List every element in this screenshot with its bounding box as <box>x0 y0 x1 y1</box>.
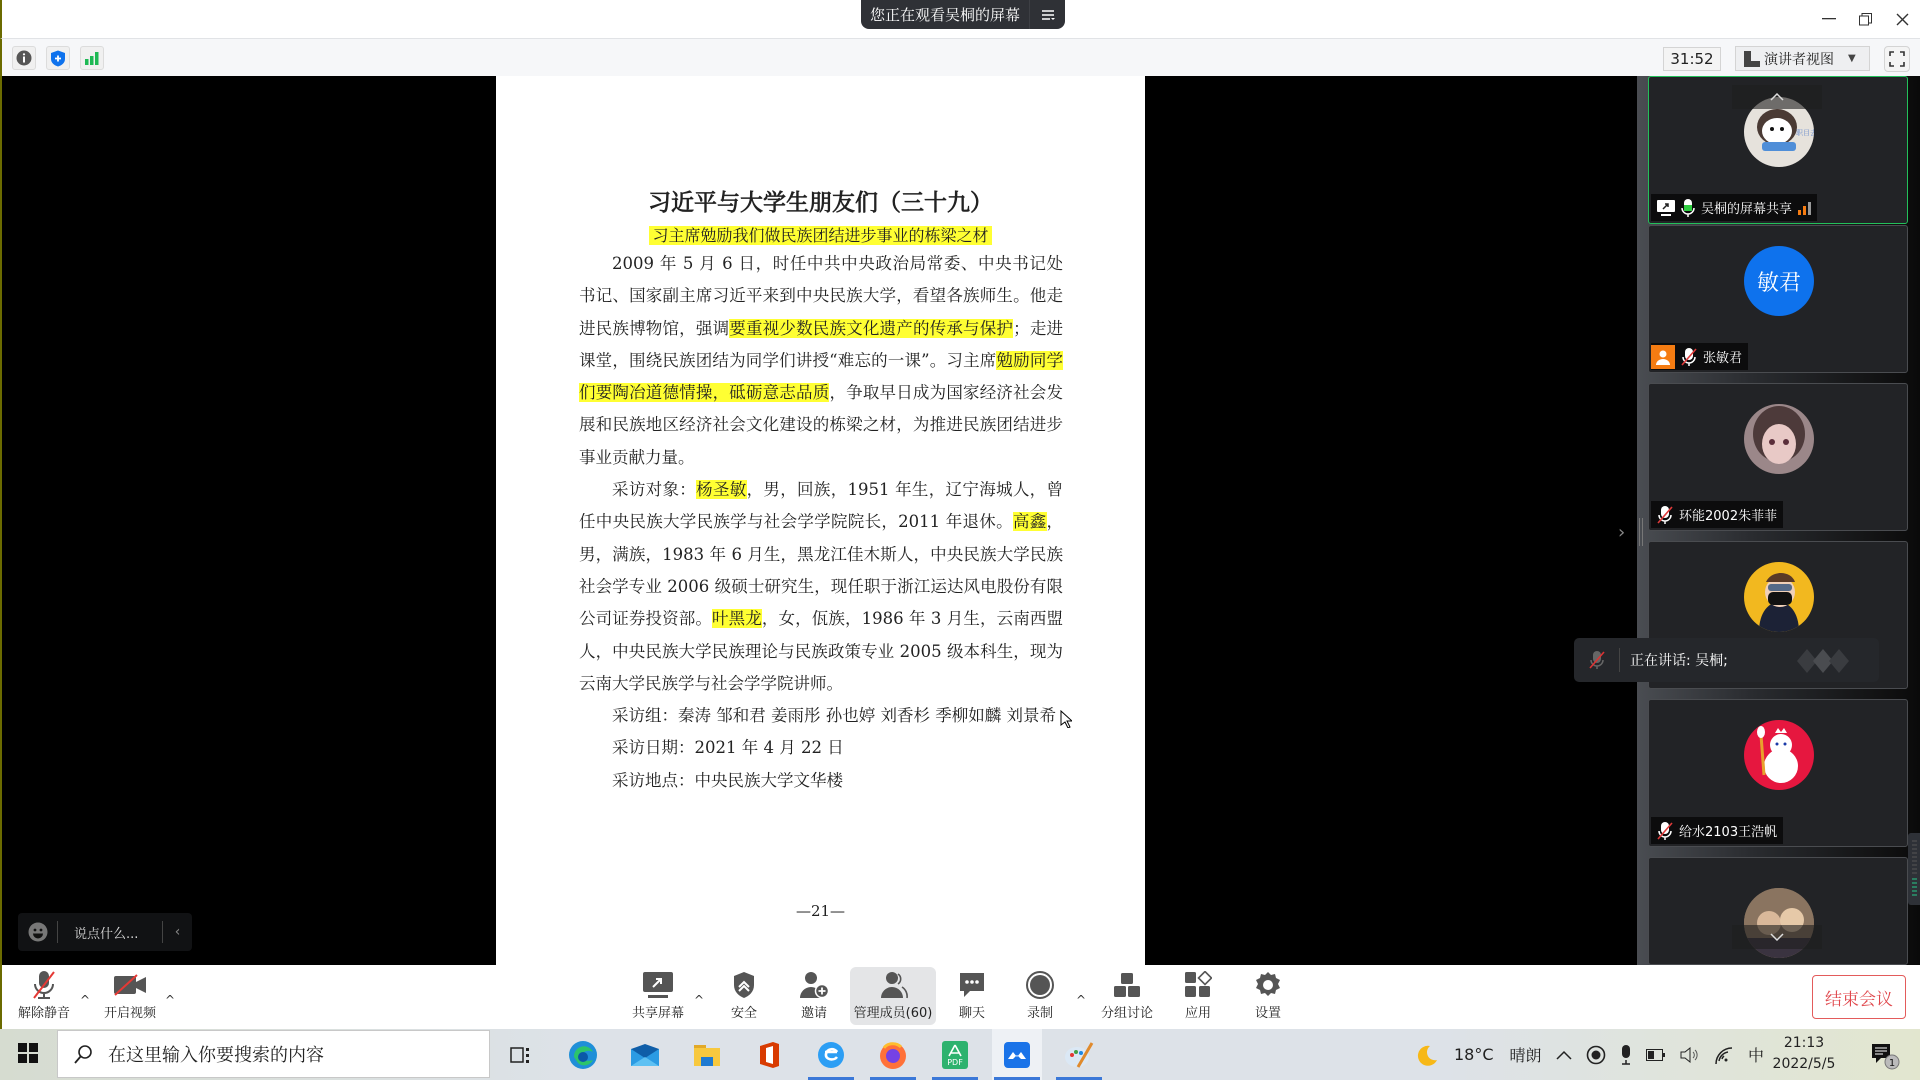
breakout-label: 分组讨论 <box>1101 1002 1153 1021</box>
windows-taskbar: 在这里输入你要搜索的内容 PDF <box>0 1029 1920 1080</box>
clock-time: 21:13 <box>1766 1033 1842 1054</box>
speaking-text: 正在讲话: 吴桐; <box>1620 650 1793 670</box>
highlight-span: 要重视少数民族文化遗产的传承与保护 <box>729 319 1013 338</box>
avatar-masked-boy <box>1744 562 1814 632</box>
participant-tile[interactable] <box>1648 857 1908 965</box>
manage-participants-button[interactable]: 管理成员(60) <box>850 967 936 1025</box>
emoji-icon[interactable] <box>18 921 58 943</box>
clock-date: 2022/5/5 <box>1766 1054 1842 1075</box>
participant-name: 环能2002朱菲菲 <box>1679 505 1777 524</box>
mic-muted-icon <box>1574 648 1620 672</box>
system-clock[interactable]: 21:13 2022/5/5 <box>1766 1033 1842 1075</box>
paragraph-interviewees: 采访对象：杨圣敏，男，回族，1951 年生，辽宁海城人，曾任中央民族大学民族学与… <box>579 474 1063 700</box>
share-banner[interactable]: 您正在观看吴桐的屏幕 <box>861 0 1065 29</box>
paragraph-intro: 2009 年 5 月 6 日，时任中共中央政治局常委、中央书记处书记、国家副主席… <box>579 248 1063 474</box>
document-title: 习近平与大学生朋友们（三十九） <box>496 184 1145 217</box>
avatar-snowman <box>1744 720 1814 790</box>
ime-indicator[interactable]: 中 <box>1748 1043 1764 1066</box>
mouse-cursor-icon <box>1060 710 1072 732</box>
participant-tile[interactable]: 敏君 张敏君 <box>1648 225 1908 373</box>
chevron-down-icon: ▼ <box>1848 53 1856 64</box>
weather-temp[interactable]: 18°C <box>1454 1045 1494 1064</box>
close-button[interactable] <box>1887 6 1917 32</box>
settings-label: 设置 <box>1255 1002 1281 1021</box>
share-banner-text: 您正在观看吴桐的屏幕 <box>861 4 1029 25</box>
record-button[interactable]: 录制 <box>1016 967 1064 1025</box>
share-screen-label: 共享屏幕 <box>632 1002 684 1021</box>
participant-namebar: 张敏君 <box>1651 343 1748 370</box>
chat-placeholder[interactable]: 说点什么... <box>58 923 162 942</box>
collapse-panel-icon[interactable]: › <box>1618 522 1625 543</box>
svg-text:职目去: 职目去 <box>1796 128 1814 137</box>
screen-share-icon <box>1657 199 1675 217</box>
participant-tile[interactable]: 给水2103王浩帆 <box>1648 699 1908 847</box>
highlight-span: 叶黑龙 <box>712 609 762 628</box>
browser-e-icon[interactable] <box>806 1029 856 1080</box>
info-icon[interactable] <box>12 46 36 70</box>
highlighted-subtitle: 习主席勉励我们做民族团结进步事业的栋梁之材 <box>649 226 991 245</box>
notification-center-button[interactable]: 1 <box>1868 1029 1902 1080</box>
participant-namebar: 环能2002朱菲菲 <box>1651 501 1783 528</box>
volume-icon[interactable] <box>1680 1047 1700 1063</box>
host-badge-icon <box>1651 345 1675 369</box>
end-meeting-button[interactable]: 结束会议 <box>1812 975 1906 1019</box>
chat-button[interactable]: 聊天 <box>948 967 996 1025</box>
unmute-button[interactable]: 解除静音 <box>14 967 74 1025</box>
record-icon <box>1026 970 1054 1000</box>
participant-name: 吴桐的屏幕共享 <box>1701 198 1792 217</box>
video-off-icon <box>113 970 147 1000</box>
pdf-reader-icon[interactable]: PDF <box>930 1029 980 1080</box>
mail-icon[interactable] <box>620 1029 670 1080</box>
document-page: 习近平与大学生朋友们（三十九） 习主席勉励我们做民族团结进步事业的栋梁之材 20… <box>496 76 1145 965</box>
minimize-button[interactable] <box>1814 6 1844 32</box>
invite-user-icon <box>799 970 829 1000</box>
svg-text:1: 1 <box>1889 1058 1895 1069</box>
invite-label: 邀请 <box>801 1002 827 1021</box>
document-subtitle: 习主席勉励我们做民族团结进步事业的栋梁之材 <box>496 223 1145 246</box>
paint-icon[interactable] <box>1054 1029 1104 1080</box>
participant-namebar: 吴桐的屏幕共享 <box>1651 194 1817 221</box>
edge-browser-icon[interactable] <box>558 1029 608 1080</box>
participants-icon <box>878 970 908 1000</box>
breakout-rooms-button[interactable]: 分组讨论 <box>1096 967 1158 1025</box>
scroll-up-button[interactable] <box>1732 85 1822 109</box>
avatar-initials: 敏君 <box>1744 246 1814 316</box>
mic-muted-icon <box>32 970 56 1000</box>
mic-muted-icon <box>1657 506 1673 524</box>
weather-condition[interactable]: 晴朗 <box>1510 1043 1542 1066</box>
avatar-anime-girl <box>1744 404 1814 474</box>
record-label: 录制 <box>1027 1002 1053 1021</box>
share-screen-icon <box>642 970 674 1000</box>
mic-active-icon <box>1681 199 1695 217</box>
share-screen-button[interactable]: 共享屏幕 <box>628 967 688 1025</box>
mic-muted-icon <box>1657 822 1673 840</box>
document-body: 2009 年 5 月 6 日，时任中共中央政治局常委、中央书记处书记、国家副主席… <box>579 248 1063 797</box>
highlight-span: 杨圣敏 <box>696 480 746 499</box>
paragraph-date: 采访日期：2021 年 4 月 22 日 <box>579 732 1063 764</box>
panel-resize-handle[interactable] <box>1639 518 1643 546</box>
security-button[interactable]: 安全 <box>720 967 768 1025</box>
participant-name: 张敏君 <box>1703 347 1742 366</box>
highlight-span: 高鑫 <box>1013 512 1047 531</box>
signal-strength-icon <box>1798 201 1811 215</box>
audio-options-caret[interactable]: ^ <box>80 993 90 1007</box>
mic-muted-icon <box>1681 348 1697 366</box>
show-hidden-icons-chevron[interactable] <box>1556 1050 1572 1060</box>
security-shield-icon <box>732 970 756 1000</box>
chat-bubble-icon <box>958 970 986 1000</box>
breakout-rooms-icon <box>1113 970 1141 1000</box>
participant-tile[interactable]: 职目去 吴桐的屏幕共享 <box>1648 76 1908 224</box>
layout-icon <box>1744 51 1760 67</box>
chat-label: 聊天 <box>959 1002 985 1021</box>
shared-screen-stage: 习近平与大学生朋友们（三十九） 习主席勉励我们做民族团结进步事业的栋梁之材 20… <box>0 76 1637 965</box>
restore-button[interactable] <box>1850 6 1880 32</box>
invite-button[interactable]: 邀请 <box>790 967 838 1025</box>
svg-text:PDF: PDF <box>947 1058 963 1067</box>
apps-button[interactable]: 应用 <box>1174 967 1222 1025</box>
search-icon <box>58 1044 108 1064</box>
title-bar: 您正在观看吴桐的屏幕 <box>0 0 1920 38</box>
menu-icon[interactable] <box>1029 0 1065 29</box>
scroll-down-button[interactable] <box>1732 925 1822 949</box>
page-number: —21— <box>496 902 1145 920</box>
meeting-controls-bar: 解除静音 ^ 开启视频 ^ 共享屏幕 ^ 安全 邀请 <box>0 965 1920 1029</box>
file-explorer-icon[interactable] <box>682 1029 732 1080</box>
tencent-meeting-window: 您正在观看吴桐的屏幕 31:52 演讲者视图 ▼ <box>0 0 1920 1080</box>
tencent-meeting-logo-icon <box>1793 643 1863 677</box>
windows-start-button[interactable] <box>18 1043 38 1067</box>
start-video-button[interactable]: 开启视频 <box>100 967 160 1025</box>
taskbar-search-box[interactable]: 在这里输入你要搜索的内容 <box>57 1030 490 1078</box>
microphone-tray-icon[interactable] <box>1620 1045 1632 1065</box>
tencent-meeting-taskbar-icon[interactable] <box>992 1029 1042 1080</box>
signal-icon[interactable] <box>80 46 104 70</box>
wifi-icon[interactable] <box>1714 1046 1734 1064</box>
view-mode-label: 演讲者视图 <box>1764 49 1834 69</box>
view-mode-dropdown[interactable]: 演讲者视图 ▼ <box>1735 46 1870 71</box>
participant-tile[interactable]: 环能2002朱菲菲 <box>1648 383 1908 531</box>
panel-scrollbar[interactable] <box>1908 833 1920 905</box>
chat-quick-input[interactable]: 说点什么... ‹ <box>18 913 192 951</box>
text-span: 采访对象： <box>612 480 696 499</box>
active-speaker-indicator: 正在讲话: 吴桐; <box>1574 638 1879 682</box>
meeting-timer: 31:52 <box>1663 47 1721 71</box>
weather-moon-icon <box>1416 1044 1438 1066</box>
task-view-icon[interactable] <box>495 1029 545 1080</box>
video-options-caret[interactable]: ^ <box>165 993 175 1007</box>
apps-grid-icon <box>1184 970 1212 1000</box>
fullscreen-button[interactable] <box>1884 46 1910 72</box>
gear-icon <box>1254 970 1282 1000</box>
meeting-info-bar: 31:52 演讲者视图 ▼ <box>0 38 1920 76</box>
apps-label: 应用 <box>1185 1002 1211 1021</box>
system-tray: 18°C 晴朗 <box>1416 1029 1542 1080</box>
tray-icons: 中 <box>1556 1029 1764 1080</box>
participant-name: 给水2103王浩帆 <box>1679 821 1777 840</box>
unmute-label: 解除静音 <box>18 1002 70 1021</box>
start-video-label: 开启视频 <box>104 1002 156 1021</box>
collapse-chat-button[interactable]: ‹ <box>162 921 192 943</box>
record-tray-icon[interactable] <box>1586 1045 1606 1065</box>
shield-icon[interactable] <box>46 46 70 70</box>
participant-namebar: 给水2103王浩帆 <box>1651 817 1783 844</box>
participants-label: 管理成员(60) <box>854 1002 933 1021</box>
firefox-icon[interactable] <box>868 1029 918 1080</box>
paragraph-location: 采访地点：中央民族大学文华楼 <box>579 765 1063 797</box>
record-options-caret[interactable]: ^ <box>1076 993 1086 1007</box>
battery-icon[interactable] <box>1646 1049 1666 1061</box>
notification-icon: 1 <box>1868 1038 1902 1072</box>
share-options-caret[interactable]: ^ <box>694 993 704 1007</box>
security-label: 安全 <box>731 1002 757 1021</box>
settings-button[interactable]: 设置 <box>1244 967 1292 1025</box>
paragraph-team: 采访组：秦涛 邹和君 姜雨彤 孙也婷 刘香杉 季柳如麟 刘景希 <box>579 700 1063 732</box>
office-icon[interactable] <box>744 1029 794 1080</box>
search-placeholder: 在这里输入你要搜索的内容 <box>108 1041 324 1067</box>
